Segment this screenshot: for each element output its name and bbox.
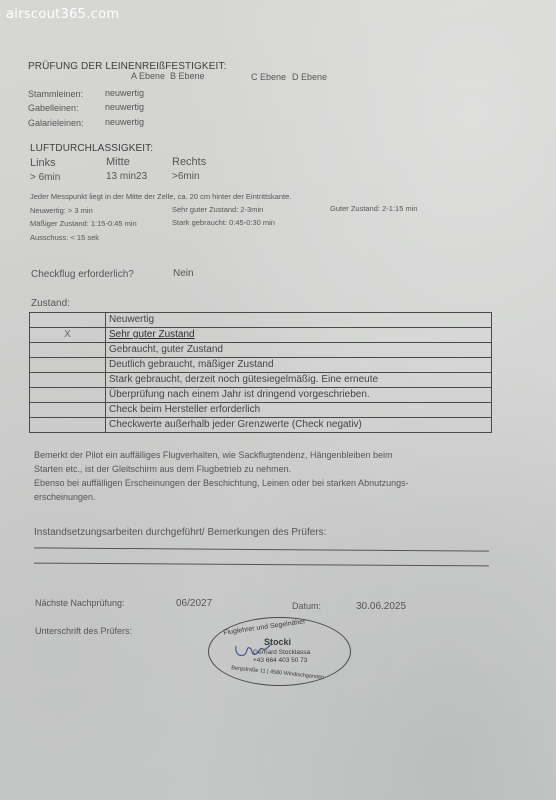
condition-mark xyxy=(30,403,106,418)
condition-mark xyxy=(30,358,106,373)
date-label: Datum: xyxy=(292,601,321,611)
row-value-stammleinen: neuwertig xyxy=(105,88,144,98)
condition-row: Checkwerte außerhalb jeder Grenzwerte (C… xyxy=(30,418,492,433)
condition-label: Gebraucht, guter Zustand xyxy=(106,343,492,358)
porosity-scale-sehr-gut: Sehr guter Zustand: 2-3min xyxy=(172,205,263,214)
porosity-value-rechts: >6min xyxy=(172,171,200,182)
condition-label: Neuwertig xyxy=(106,313,492,328)
column-c-ebene: C Ebene xyxy=(251,72,286,82)
condition-mark xyxy=(30,418,106,433)
porosity-scale-stark: Stark gebraucht: 0:45-0:30 min xyxy=(172,218,275,227)
condition-row: Überprüfung nach einem Jahr ist dringend… xyxy=(30,388,492,403)
stamp-title: Fluglehrer und Segelnäher xyxy=(223,618,306,636)
condition-mark xyxy=(30,343,106,358)
checkflight-value: Nein xyxy=(173,268,194,279)
condition-row: Stark gebraucht, derzeit noch gütesiegel… xyxy=(30,373,492,388)
row-label-stammleinen: Stammleinen: xyxy=(28,89,83,99)
porosity-title: LUFTDURCHLASSIGKEIT: xyxy=(30,143,153,154)
porosity-value-mitte: 13 min23 xyxy=(106,171,147,182)
notice-line-2: Starten etc., ist der Gleitschirm aus de… xyxy=(34,464,291,474)
column-d-ebene: D Ebene xyxy=(292,72,327,82)
condition-mark xyxy=(30,388,106,403)
condition-row: Gebraucht, guter Zustand xyxy=(30,343,492,358)
row-label-galarieleinen: Galarieleinen: xyxy=(28,118,84,128)
condition-mark xyxy=(30,373,106,388)
date-value: 30.06.2025 xyxy=(356,601,406,612)
notice-line-1: Bemerkt der Pilot ein auffälliges Flugve… xyxy=(34,450,393,460)
porosity-scale-maessig: Mäßiger Zustand: 1:15-0:45 min xyxy=(30,219,137,228)
watermark: airscout365.com xyxy=(6,7,119,22)
condition-title: Zustand: xyxy=(31,298,70,309)
repairs-line-2 xyxy=(34,563,489,567)
notice-line-3: Ebenso bei auffälligen Erscheinungen der… xyxy=(34,478,409,488)
condition-label: Stark gebraucht, derzeit noch gütesiegel… xyxy=(106,373,492,388)
row-value-gabelleinen: neuwertig xyxy=(105,102,144,112)
porosity-header-mitte: Mitte xyxy=(106,156,130,168)
repairs-line-1 xyxy=(34,547,489,551)
condition-row: Deutlich gebraucht, mäßiger Zustand xyxy=(30,358,492,373)
column-a-ebene: A Ebene xyxy=(131,71,165,81)
row-label-gabelleinen: Gabelleinen: xyxy=(28,103,79,113)
condition-label: Sehr guter Zustand xyxy=(106,328,492,343)
porosity-value-links: > 6min xyxy=(30,172,60,183)
condition-row: XSehr guter Zustand xyxy=(30,328,492,343)
condition-mark xyxy=(30,313,106,328)
condition-label: Überprüfung nach einem Jahr ist dringend… xyxy=(106,388,492,403)
signature-icon xyxy=(232,640,282,660)
next-check-label: Nächste Nachprüfung: xyxy=(35,598,125,608)
repairs-label: Instandsetzungsarbeiten durchgeführt/ Be… xyxy=(34,527,326,538)
condition-row: Neuwertig xyxy=(30,313,492,328)
porosity-header-links: Links xyxy=(30,157,56,169)
column-b-ebene: B Ebene xyxy=(170,71,205,81)
porosity-scale-neuwertig: Neuwertig: > 3 min xyxy=(30,206,93,215)
condition-row: Check beim Hersteller erforderlich xyxy=(30,403,492,418)
notice-line-4: erscheinungen. xyxy=(34,492,96,502)
condition-label: Check beim Hersteller erforderlich xyxy=(106,403,492,418)
condition-mark: X xyxy=(30,328,106,343)
condition-label: Deutlich gebraucht, mäßiger Zustand xyxy=(106,358,492,373)
porosity-scale-ausschuss: Ausschuss: < 15 sek xyxy=(30,233,99,242)
signature-label: Unterschrift des Prüfers: xyxy=(35,626,132,636)
next-check-value: 06/2027 xyxy=(176,598,212,609)
porosity-scale-gut: Guter Zustand: 2-1:15 min xyxy=(330,204,418,213)
row-value-galarieleinen: neuwertig xyxy=(105,117,144,127)
condition-table: NeuwertigXSehr guter ZustandGebraucht, g… xyxy=(29,312,492,433)
checkflight-label: Checkflug erforderlich? xyxy=(31,269,134,280)
stamp-address: Bergstraße 11 | 4580 Windischgarsten xyxy=(231,665,324,681)
porosity-header-rechts: Rechts xyxy=(172,156,206,168)
porosity-note: Jeder Messpunkt liegt in der Mitte der Z… xyxy=(30,192,291,201)
condition-label: Checkwerte außerhalb jeder Grenzwerte (C… xyxy=(106,418,492,433)
